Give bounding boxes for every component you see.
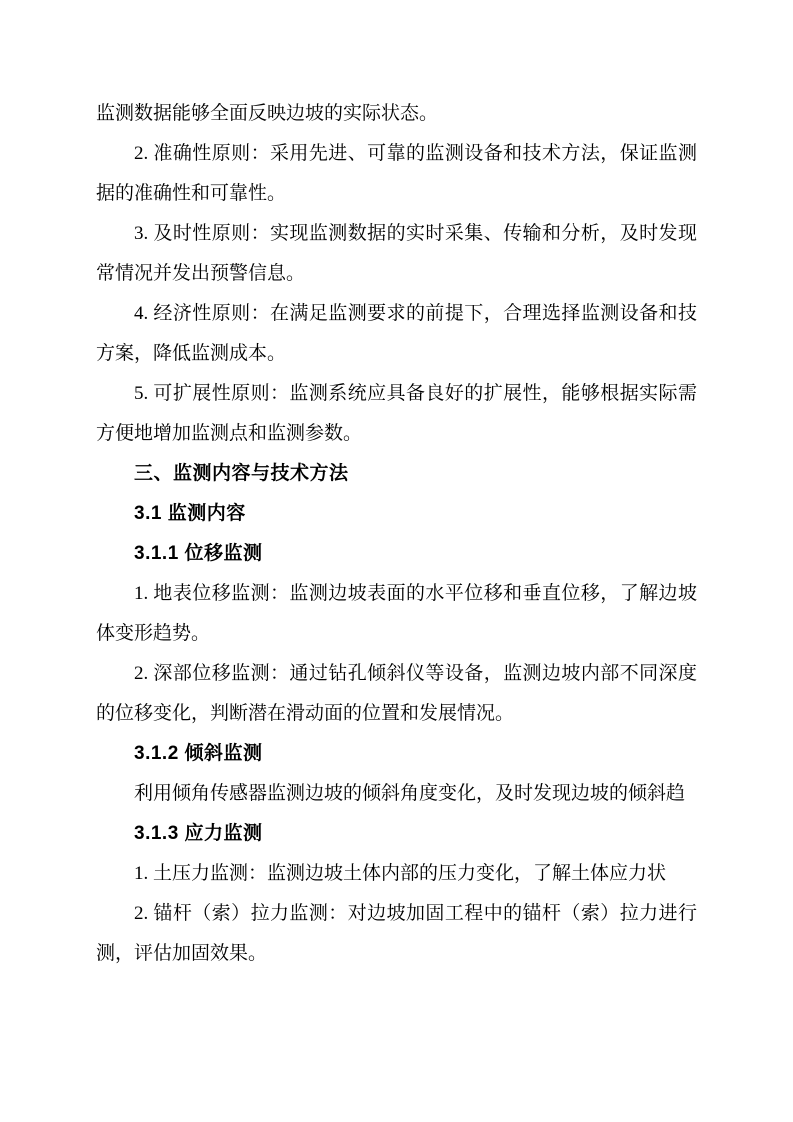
document-content: 监测数据能够全面反映边坡的实际状态。2. 准确性原则：采用先进、可靠的监测设备和… [96, 94, 697, 974]
body-text-line: 测，评估加固效果。 [96, 934, 697, 974]
body-text-line: 1. 地表位移监测：监测边坡表面的水平位移和垂直位移，了解边坡整 [96, 574, 697, 614]
body-text-line: 3. 及时性原则：实现监测数据的实时采集、传输和分析，及时发现异 [96, 214, 697, 254]
body-text-line: 2. 准确性原则：采用先进、可靠的监测设备和技术方法，保证监测数 [96, 134, 697, 174]
heading-line: 3.1.2 倾斜监测 [96, 734, 697, 774]
heading-line: 三、监测内容与技术方法 [96, 454, 697, 494]
body-text-line: 2. 深部位移监测：通过钻孔倾斜仪等设备，监测边坡内部不同深度处 [96, 654, 697, 694]
document-page: 监测数据能够全面反映边坡的实际状态。2. 准确性原则：采用先进、可靠的监测设备和… [0, 0, 793, 1122]
body-text-line: 方便地增加监测点和监测参数。 [96, 414, 697, 454]
body-text-line: 方案，降低监测成本。 [96, 334, 697, 374]
body-text-line: 体变形趋势。 [96, 614, 697, 654]
body-text-line: 监测数据能够全面反映边坡的实际状态。 [96, 94, 697, 134]
body-text-line: 4. 经济性原则：在满足监测要求的前提下，合理选择监测设备和技术 [96, 294, 697, 334]
body-text-line: 5. 可扩展性原则：监测系统应具备良好的扩展性，能够根据实际需求 [96, 374, 697, 414]
heading-line: 3.1.1 位移监测 [96, 534, 697, 574]
body-text-line: 的位移变化，判断潜在滑动面的位置和发展情况。 [96, 694, 697, 734]
body-text-line: 2. 锚杆（索）拉力监测：对边坡加固工程中的锚杆（索）拉力进行监 [96, 894, 697, 934]
heading-line: 3.1 监测内容 [96, 494, 697, 534]
body-text-line: 据的准确性和可靠性。 [96, 174, 697, 214]
body-text-line: 常情况并发出预警信息。 [96, 254, 697, 294]
heading-line: 3.1.3 应力监测 [96, 814, 697, 854]
body-text-line: 利用倾角传感器监测边坡的倾斜角度变化，及时发现边坡的倾斜趋势。 [96, 774, 697, 814]
body-text-line: 1. 土压力监测：监测边坡土体内部的压力变化，了解土体应力状态。 [96, 854, 697, 894]
